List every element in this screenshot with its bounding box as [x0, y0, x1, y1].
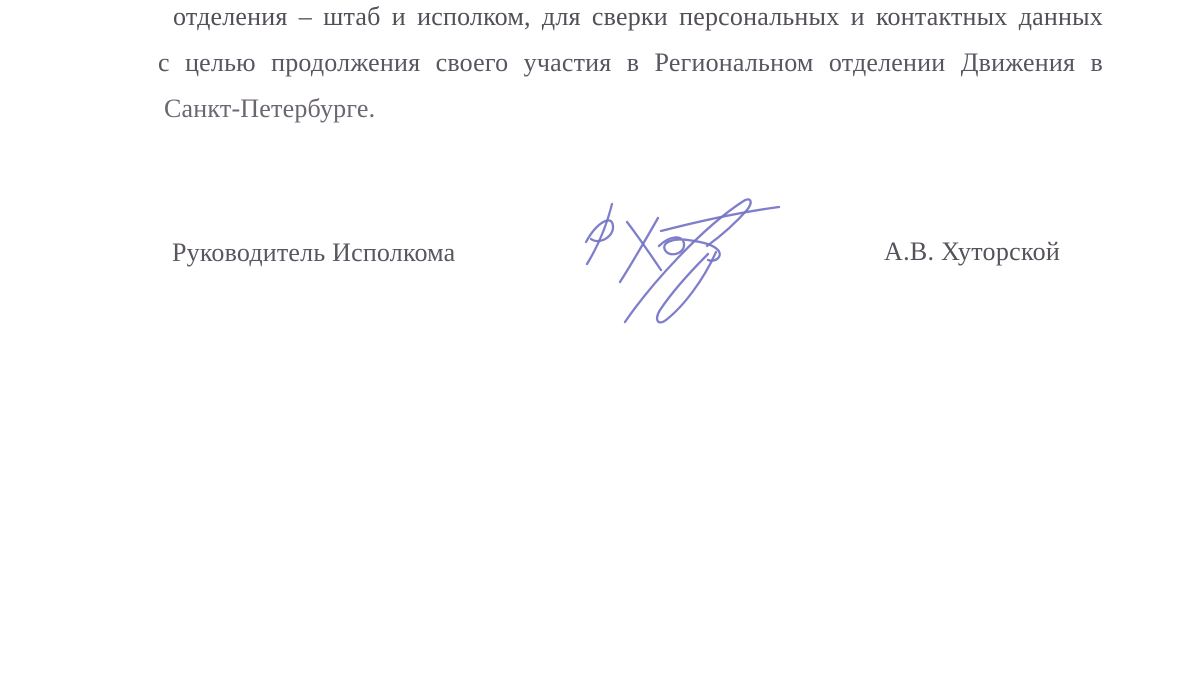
handwritten-signature-icon [566, 184, 800, 334]
signer-name: А.В. Хуторской [884, 237, 1060, 267]
paragraph-line-2: с целью продолжения своего участия в Рег… [158, 47, 1103, 80]
signature-stroke [620, 218, 658, 282]
signature-stroke [657, 252, 716, 322]
paragraph-line-3: Санкт-Петербурге. [164, 93, 1109, 126]
signature-stroke [625, 199, 751, 322]
paragraph-line-1: отделения – штаб и исполком, для сверки … [173, 1, 1103, 34]
signature-stroke [659, 237, 720, 260]
document-page: отделения – штаб и исполком, для сверки … [0, 0, 1200, 675]
signer-role-label: Руководитель Исполкома [172, 238, 455, 268]
